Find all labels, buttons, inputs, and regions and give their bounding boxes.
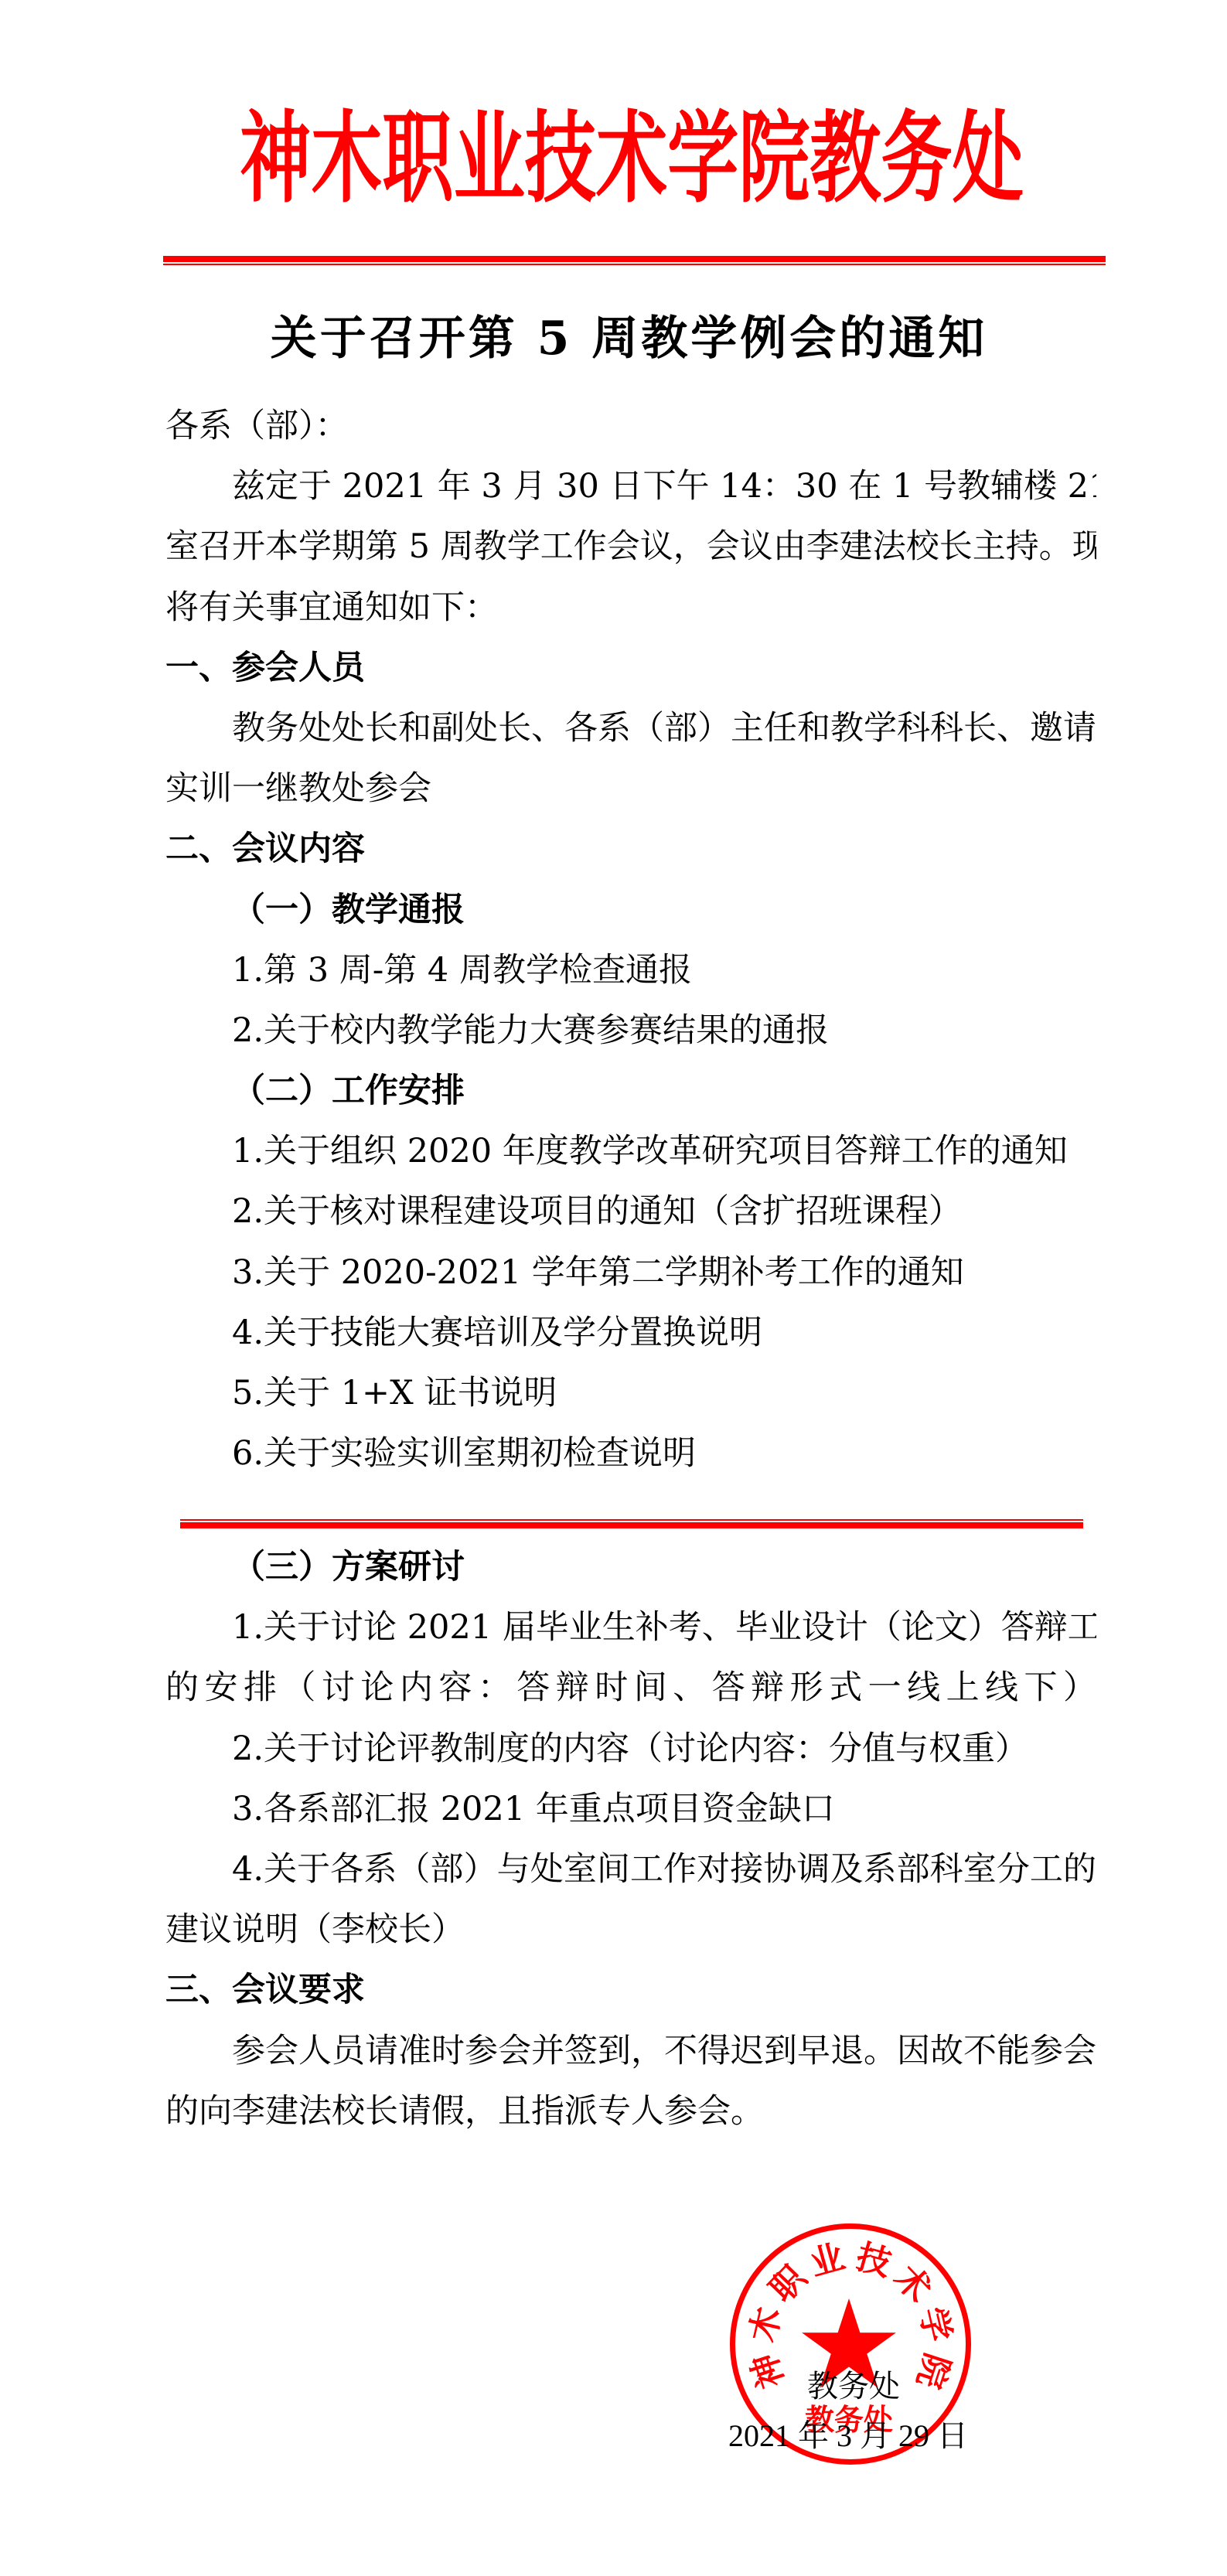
- agenda-item-continuation: 建议说明（李校长）: [165, 1900, 1096, 1960]
- section-heading-requirements: 三、会议要求: [165, 1960, 1096, 2020]
- document-page: 神木职业技术学院教务处 关于召开第 5 周教学例会的通知 各系（部）： 兹定于 …: [0, 0, 1227, 2576]
- subsection-heading-plan-discussion: （三）方案研讨: [165, 1537, 1096, 1597]
- page-separator-rule-thick: [180, 1522, 1083, 1528]
- signature-department: 教务处: [776, 2367, 931, 2406]
- section-text-line: 参会人员请准时参会并签到，不得迟到早退。因故不能参会: [165, 2021, 1096, 2081]
- signature-date: 2021 年 3 月 29 日: [694, 2417, 1003, 2455]
- subsection-heading-teaching-report: （一）教学通报: [165, 880, 1096, 940]
- salutation: 各系（部）：: [165, 396, 1096, 456]
- agenda-item: 3.各系部汇报 2021 年重点项目资金缺口: [165, 1779, 1096, 1839]
- notice-title: 关于召开第 5 周教学例会的通知: [158, 309, 1100, 368]
- agenda-item: 5.关于 1+X 证书说明: [165, 1363, 1096, 1423]
- notice-body-part-1: 各系（部）： 兹定于 2021 年 3 月 30 日下午 14：30 在 1 号…: [165, 396, 1096, 1484]
- section-heading-agenda: 二、会议内容: [165, 819, 1096, 879]
- agenda-item: 2.关于讨论评教制度的内容（讨论内容：分值与权重）: [165, 1719, 1096, 1779]
- seal-ring-char: 学: [912, 2304, 958, 2346]
- section-text-line: 实训一继教处参会: [165, 758, 1096, 819]
- letterhead-title: 神木职业技术学院教务处: [158, 102, 1106, 215]
- agenda-item: 6.关于实验实训室期初检查说明: [165, 1423, 1096, 1484]
- agenda-item: 1.关于组织 2020 年度教学改革研究项目答辩工作的通知: [165, 1121, 1096, 1181]
- agenda-item: 3.关于 2020-2021 学年第二学期补考工作的通知: [165, 1242, 1096, 1303]
- agenda-item: 2.关于校内教学能力大赛参赛结果的通报: [165, 1000, 1096, 1061]
- section-heading-attendees: 一、参会人员: [165, 638, 1096, 698]
- intro-line: 将有关事宜通知如下：: [165, 578, 1096, 638]
- seal-ring-char: 木: [743, 2304, 789, 2346]
- section-text-line: 的向李建法校长请假，且指派专人参会。: [165, 2081, 1096, 2142]
- agenda-item: 1.第 3 周-第 4 周教学检查通报: [165, 940, 1096, 1000]
- notice-body-part-2: （三）方案研讨 1.关于讨论 2021 届毕业生补考、毕业设计（论文）答辩工作 …: [165, 1537, 1096, 2142]
- seal-ring-char: 职: [762, 2257, 815, 2310]
- page-separator-rule-thin: [180, 1519, 1083, 1521]
- subsection-heading-work-arrangement: （二）工作安排: [165, 1061, 1096, 1121]
- seal-ring-char: 术: [887, 2258, 939, 2310]
- agenda-item-continuation: 的安排（讨论内容：答辩时间、答辩形式一线上线下）: [165, 1658, 1096, 1718]
- intro-line: 室召开本学期第 5 周教学工作会议，会议由李建法校长主持。现: [165, 516, 1096, 577]
- section-text-line: 教务处处长和副处长、各系（部）主任和教学科科长、邀请: [165, 698, 1096, 758]
- intro-line: 兹定于 2021 年 3 月 30 日下午 14：30 在 1 号教辅楼 211…: [165, 456, 1096, 516]
- agenda-item: 4.关于各系（部）与处室间工作对接协调及系部科室分工的: [165, 1839, 1096, 1900]
- seal-ring-char: 业: [806, 2237, 849, 2285]
- letterhead-rule-thin: [163, 264, 1106, 265]
- agenda-item: 1.关于讨论 2021 届毕业生补考、毕业设计（论文）答辩工作: [165, 1597, 1096, 1658]
- agenda-item: 4.关于技能大赛培训及学分置换说明: [165, 1303, 1096, 1363]
- seal-ring-char: 技: [852, 2237, 895, 2285]
- agenda-item: 2.关于核对课程建设项目的通知（含扩招班课程）: [165, 1181, 1096, 1242]
- letterhead-rule-thick: [163, 256, 1106, 262]
- letterhead-title-text: 神木职业技术学院教务处: [240, 102, 1024, 215]
